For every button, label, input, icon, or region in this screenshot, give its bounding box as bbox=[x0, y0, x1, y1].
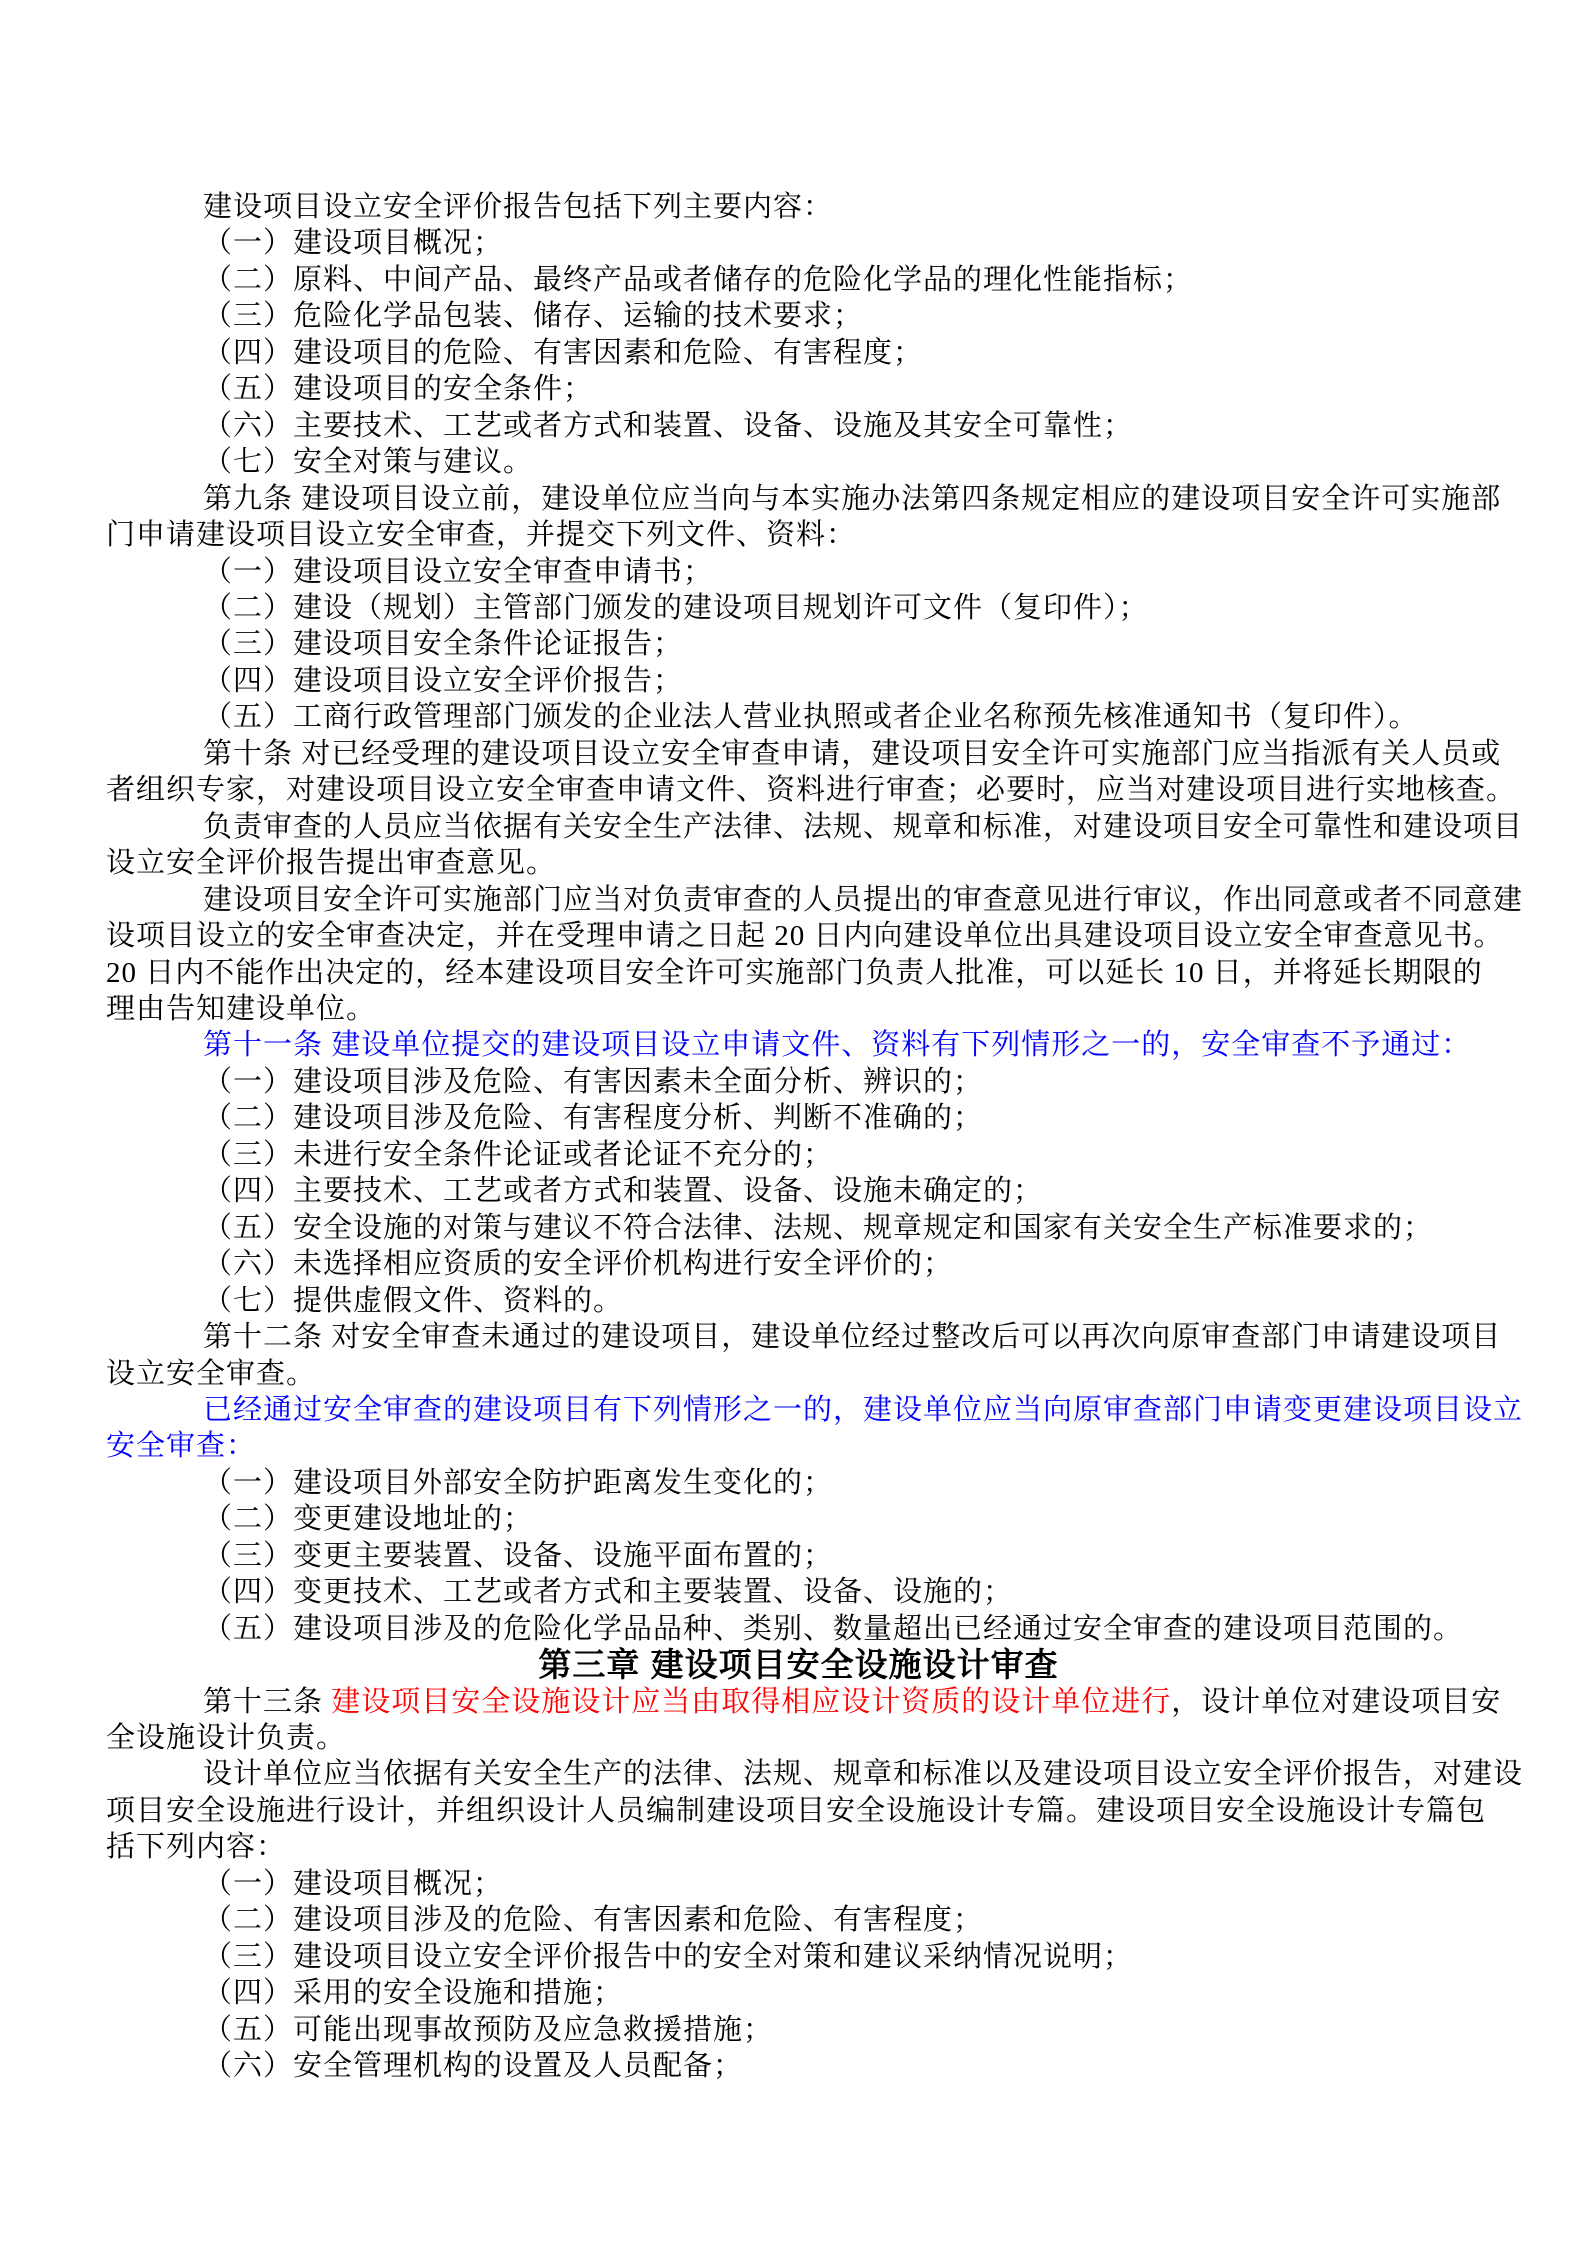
text-line: 安全审查： bbox=[106, 1428, 1491, 1464]
text-line: 第十三条 建设项目安全设施设计应当由取得相应设计资质的设计单位进行，设计单位对建… bbox=[106, 1684, 1491, 1720]
chapter-heading: 第三章 建设项目安全设施设计审查 bbox=[106, 1647, 1491, 1683]
text-segment: （五）工商行政管理部门颁发的企业法人营业执照或者企业名称预先核准通知书（复印件）… bbox=[203, 701, 1419, 733]
text-segment: 第十条 对已经受理的建设项目设立安全审查申请，建设项目安全许可实施部门应当指派有… bbox=[203, 738, 1501, 770]
text-line: （三）变更主要装置、设备、设施平面布置的； bbox=[106, 1538, 1491, 1574]
text-segment: 者组织专家，对建设项目设立安全审查申请文件、资料进行审查；必要时，应当对建设项目… bbox=[106, 774, 1516, 806]
text-line: 门申请建设项目设立安全审查，并提交下列文件、资料： bbox=[106, 517, 1491, 553]
text-line: （六）未选择相应资质的安全评价机构进行安全评价的； bbox=[106, 1246, 1491, 1282]
text-segment: 第十二条 对安全审查未通过的建设项目，建设单位经过整改后可以再次向原审查部门申请… bbox=[203, 1321, 1501, 1353]
text-line: 设项目设立的安全审查决定，并在受理申请之日起 20 日内向建设单位出具建设项目设… bbox=[106, 918, 1491, 954]
text-line: （二）变更建设地址的； bbox=[106, 1501, 1491, 1537]
text-segment: （五）建设项目涉及的危险化学品品种、类别、数量超出已经通过安全审查的建设项目范围… bbox=[203, 1613, 1463, 1645]
text-segment: （二）建设项目涉及的危险、有害因素和危险、有害程度； bbox=[203, 1904, 983, 1936]
text-line: 者组织专家，对建设项目设立安全审查申请文件、资料进行审查；必要时，应当对建设项目… bbox=[106, 772, 1491, 808]
text-segment: （三）建设项目设立安全评价报告中的安全对策和建议采纳情况说明； bbox=[203, 1941, 1133, 1973]
text-segment: 建设项目安全许可实施部门应当对负责审查的人员提出的审查意见进行审议，作出同意或者… bbox=[203, 884, 1523, 916]
text-line: （五）可能出现事故预防及应急救援措施； bbox=[106, 2012, 1491, 2048]
text-segment: （一）建设项目概况； bbox=[203, 1868, 503, 1900]
text-line: （五）建设项目涉及的危险化学品品种、类别、数量超出已经通过安全审查的建设项目范围… bbox=[106, 1611, 1491, 1647]
text-line: （一）建设项目设立安全审查申请书； bbox=[106, 554, 1491, 590]
text-segment: （五）可能出现事故预防及应急救援措施； bbox=[203, 2014, 773, 2046]
text-line: （四）主要技术、工艺或者方式和装置、设备、设施未确定的； bbox=[106, 1173, 1491, 1209]
text-line: 第十条 对已经受理的建设项目设立安全审查申请，建设项目安全许可实施部门应当指派有… bbox=[106, 736, 1491, 772]
text-segment: 设立安全审查。 bbox=[106, 1358, 316, 1390]
text-segment: （二）原料、中间产品、最终产品或者储存的危险化学品的理化性能指标； bbox=[203, 264, 1193, 296]
text-segment: （六）主要技术、工艺或者方式和装置、设备、设施及其安全可靠性； bbox=[203, 410, 1133, 442]
text-segment: 安全审查： bbox=[106, 1430, 256, 1462]
text-segment: 负责审查的人员应当依据有关安全生产法律、法规、规章和标准，对建设项目安全可靠性和… bbox=[203, 811, 1523, 843]
text-segment: （一）建设项目概况； bbox=[203, 227, 503, 259]
text-segment: 第三章 建设项目安全设施设计审查 bbox=[538, 1646, 1058, 1683]
text-segment: 20 日内不能作出决定的，经本建设项目安全许可实施部门负责人批准，可以延长 10… bbox=[106, 957, 1483, 989]
text-line: 已经通过安全审查的建设项目有下列情形之一的，建设单位应当向原审查部门申请变更建设… bbox=[106, 1392, 1491, 1428]
text-segment: （七）提供虚假文件、资料的。 bbox=[203, 1285, 623, 1317]
text-segment: 建设项目设立安全评价报告包括下列主要内容： bbox=[203, 191, 833, 223]
text-segment: 设项目设立的安全审查决定，并在受理申请之日起 20 日内向建设单位出具建设项目设… bbox=[106, 920, 1504, 952]
text-line: 理由告知建设单位。 bbox=[106, 991, 1491, 1027]
text-line: （四）采用的安全设施和措施； bbox=[106, 1975, 1491, 2011]
text-segment: 设立安全评价报告提出审查意见。 bbox=[106, 847, 556, 879]
text-line: 设立安全评价报告提出审查意见。 bbox=[106, 845, 1491, 881]
text-segment: （三）未进行安全条件论证或者论证不充分的； bbox=[203, 1139, 833, 1171]
text-line: （六）主要技术、工艺或者方式和装置、设备、设施及其安全可靠性； bbox=[106, 408, 1491, 444]
text-line: （二）原料、中间产品、最终产品或者储存的危险化学品的理化性能指标； bbox=[106, 262, 1491, 298]
text-line: 第十一条 建设单位提交的建设项目设立申请文件、资料有下列情形之一的，安全审查不予… bbox=[106, 1027, 1491, 1063]
text-line: 建设项目设立安全评价报告包括下列主要内容： bbox=[106, 189, 1491, 225]
text-line: （二）建设项目涉及的危险、有害因素和危险、有害程度； bbox=[106, 1902, 1491, 1938]
text-line: （五）建设项目的安全条件； bbox=[106, 371, 1491, 407]
text-line: （七）安全对策与建议。 bbox=[106, 444, 1491, 480]
text-line: （一）建设项目涉及危险、有害因素未全面分析、辨识的； bbox=[106, 1064, 1491, 1100]
text-segment: 项目安全设施进行设计，并组织设计人员编制建设项目安全设施设计专篇。建设项目安全设… bbox=[106, 1795, 1486, 1827]
document-text-block: 建设项目设立安全评价报告包括下列主要内容：（一）建设项目概况；（二）原料、中间产… bbox=[106, 189, 1491, 2085]
text-segment: （四）建设项目的危险、有害因素和危险、有害程度； bbox=[203, 337, 923, 369]
text-line: （七）提供虚假文件、资料的。 bbox=[106, 1283, 1491, 1319]
text-segment: （一）建设项目外部安全防护距离发生变化的； bbox=[203, 1467, 833, 1499]
text-segment: 设计单位应当依据有关安全生产的法律、法规、规章和标准以及建设项目设立安全评价报告… bbox=[203, 1758, 1523, 1790]
text-line: 设立安全审查。 bbox=[106, 1356, 1491, 1392]
text-segment: 第十一条 建设单位提交的建设项目设立申请文件、资料有下列情形之一的，安全审查不予… bbox=[203, 1029, 1471, 1061]
text-line: 括下列内容： bbox=[106, 1829, 1491, 1865]
text-line: 第十二条 对安全审查未通过的建设项目，建设单位经过整改后可以再次向原审查部门申请… bbox=[106, 1319, 1491, 1355]
text-line: 负责审查的人员应当依据有关安全生产法律、法规、规章和标准，对建设项目安全可靠性和… bbox=[106, 809, 1491, 845]
text-segment: （三）建设项目安全条件论证报告； bbox=[203, 628, 683, 660]
text-segment: 建设项目安全设施设计应当由取得相应设计资质的设计单位进行 bbox=[331, 1686, 1171, 1718]
text-segment: （四）建设项目设立安全评价报告； bbox=[203, 665, 683, 697]
text-segment: （四）变更技术、工艺或者方式和主要装置、设备、设施的； bbox=[203, 1576, 1013, 1608]
text-segment: 门申请建设项目设立安全审查，并提交下列文件、资料： bbox=[106, 519, 856, 551]
text-line: （五）安全设施的对策与建议不符合法律、法规、规章规定和国家有关安全生产标准要求的… bbox=[106, 1210, 1491, 1246]
text-segment: （一）建设项目涉及危险、有害因素未全面分析、辨识的； bbox=[203, 1066, 983, 1098]
text-segment: （五）建设项目的安全条件； bbox=[203, 373, 593, 405]
text-segment: （四）采用的安全设施和措施； bbox=[203, 1977, 623, 2009]
text-line: （三）危险化学品包装、储存、运输的技术要求； bbox=[106, 298, 1491, 334]
text-segment: （三）危险化学品包装、储存、运输的技术要求； bbox=[203, 300, 863, 332]
text-line: （一）建设项目概况； bbox=[106, 1866, 1491, 1902]
text-line: （四）建设项目设立安全评价报告； bbox=[106, 663, 1491, 699]
text-line: 第九条 建设项目设立前，建设单位应当向与本实施办法第四条规定相应的建设项目安全许… bbox=[106, 481, 1491, 517]
text-line: （六）安全管理机构的设置及人员配备； bbox=[106, 2048, 1491, 2084]
text-segment: 全设施设计负责。 bbox=[106, 1722, 346, 1754]
text-segment: （二）建设（规划）主管部门颁发的建设项目规划许可文件（复印件）； bbox=[203, 592, 1149, 624]
text-segment: 括下列内容： bbox=[106, 1831, 286, 1863]
text-segment: ，设计单位对建设项目安 bbox=[1171, 1686, 1501, 1718]
text-segment: （七）安全对策与建议。 bbox=[203, 446, 533, 478]
text-segment: 第十三条 bbox=[203, 1686, 331, 1718]
text-segment: （一）建设项目设立安全审查申请书； bbox=[203, 556, 713, 588]
text-segment: （六）安全管理机构的设置及人员配备； bbox=[203, 2050, 743, 2082]
text-segment: 第九条 建设项目设立前，建设单位应当向与本实施办法第四条规定相应的建设项目安全许… bbox=[203, 483, 1501, 515]
text-line: （三）未进行安全条件论证或者论证不充分的； bbox=[106, 1137, 1491, 1173]
text-line: 20 日内不能作出决定的，经本建设项目安全许可实施部门负责人批准，可以延长 10… bbox=[106, 955, 1491, 991]
text-line: （四）建设项目的危险、有害因素和危险、有害程度； bbox=[106, 335, 1491, 371]
text-line: （四）变更技术、工艺或者方式和主要装置、设备、设施的； bbox=[106, 1574, 1491, 1610]
document-page: 建设项目设立安全评价报告包括下列主要内容：（一）建设项目概况；（二）原料、中间产… bbox=[0, 0, 1587, 2245]
text-segment: （二）建设项目涉及危险、有害程度分析、判断不准确的； bbox=[203, 1102, 983, 1134]
text-line: （二）建设（规划）主管部门颁发的建设项目规划许可文件（复印件）； bbox=[106, 590, 1491, 626]
text-line: 设计单位应当依据有关安全生产的法律、法规、规章和标准以及建设项目设立安全评价报告… bbox=[106, 1756, 1491, 1792]
text-line: 项目安全设施进行设计，并组织设计人员编制建设项目安全设施设计专篇。建设项目安全设… bbox=[106, 1793, 1491, 1829]
text-segment: （三）变更主要装置、设备、设施平面布置的； bbox=[203, 1540, 833, 1572]
text-line: （三）建设项目设立安全评价报告中的安全对策和建议采纳情况说明； bbox=[106, 1939, 1491, 1975]
text-line: （二）建设项目涉及危险、有害程度分析、判断不准确的； bbox=[106, 1100, 1491, 1136]
text-segment: （四）主要技术、工艺或者方式和装置、设备、设施未确定的； bbox=[203, 1175, 1043, 1207]
text-segment: （二）变更建设地址的； bbox=[203, 1503, 533, 1535]
text-line: （一）建设项目概况； bbox=[106, 225, 1491, 261]
text-line: （五）工商行政管理部门颁发的企业法人营业执照或者企业名称预先核准通知书（复印件）… bbox=[106, 699, 1491, 735]
text-segment: （六）未选择相应资质的安全评价机构进行安全评价的； bbox=[203, 1248, 953, 1280]
text-line: （三）建设项目安全条件论证报告； bbox=[106, 626, 1491, 662]
text-segment: 已经通过安全审查的建设项目有下列情形之一的，建设单位应当向原审查部门申请变更建设… bbox=[203, 1394, 1523, 1426]
text-segment: （五）安全设施的对策与建议不符合法律、法规、规章规定和国家有关安全生产标准要求的… bbox=[203, 1212, 1433, 1244]
text-line: 建设项目安全许可实施部门应当对负责审查的人员提出的审查意见进行审议，作出同意或者… bbox=[106, 882, 1491, 918]
text-line: 全设施设计负责。 bbox=[106, 1720, 1491, 1756]
text-segment: 理由告知建设单位。 bbox=[106, 993, 376, 1025]
text-line: （一）建设项目外部安全防护距离发生变化的； bbox=[106, 1465, 1491, 1501]
